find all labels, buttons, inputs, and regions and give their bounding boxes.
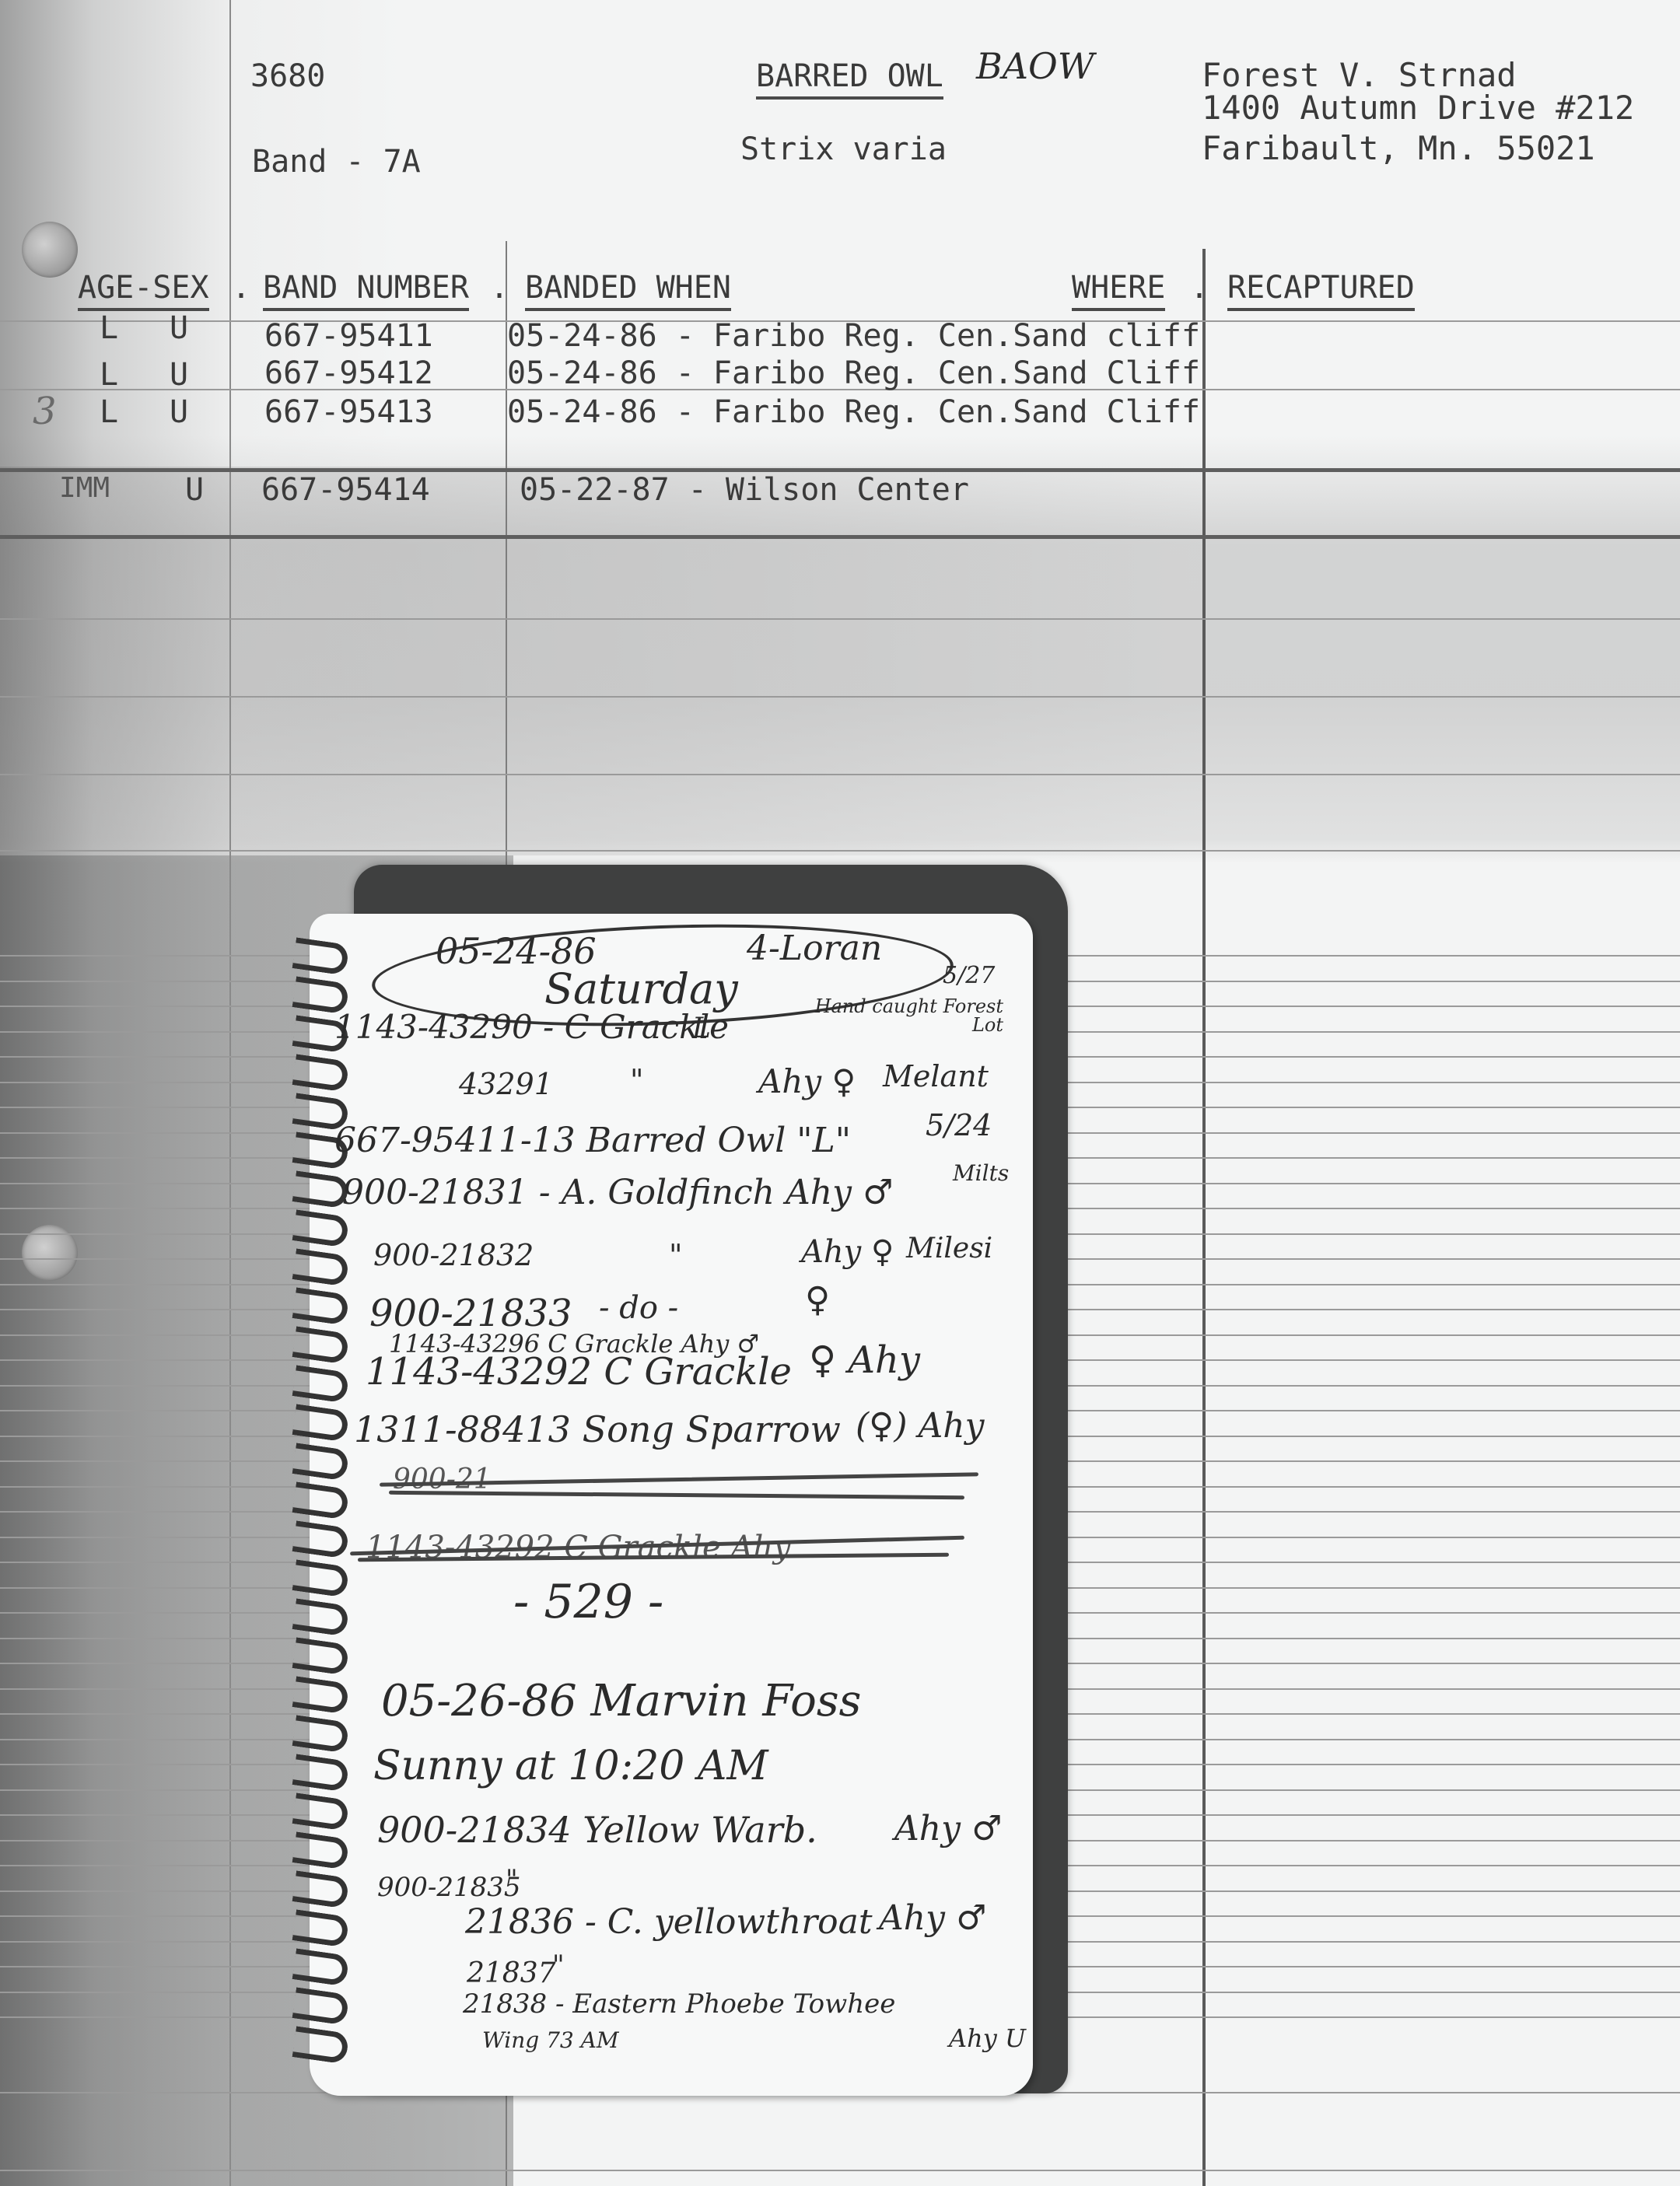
- notebook-entry: 4-Loran: [747, 932, 882, 966]
- column-divider-left-margin: [229, 0, 231, 2186]
- notebook-entry-mark: ": [669, 1240, 682, 1270]
- header-separator: .: [232, 272, 250, 303]
- notebook-entry: 900-21833: [369, 1295, 572, 1332]
- cell-age: IMM: [59, 474, 110, 502]
- notebook-entry-note: 5/24: [926, 1110, 992, 1140]
- cell-sex: U: [170, 313, 188, 344]
- notebook-entry-mark: ": [506, 1866, 518, 1893]
- margin-note: 3: [33, 393, 57, 430]
- notebook-entry: Sunny at 10:20 AM: [373, 1746, 768, 1786]
- bander-address-line1: 1400 Autumn Drive #212: [1202, 92, 1634, 124]
- notebook-entry: 1143-43290 - C Grackle: [334, 1011, 729, 1044]
- notebook-entry-mark: ": [630, 1065, 643, 1095]
- header-age-sex: AGE-SEX: [78, 272, 209, 311]
- header-band-number: BAND NUMBER: [263, 272, 469, 311]
- notebook-entry: 5/27: [943, 964, 995, 988]
- bander-name: Forest V. Strnad: [1202, 59, 1517, 92]
- notebook-entry: 43291: [459, 1069, 553, 1099]
- notebook-entry: 900-21835: [377, 1874, 521, 1901]
- cell-sex: U: [170, 359, 188, 390]
- notebook-entry: 1311-88413 Song Sparrow: [354, 1411, 841, 1447]
- header-separator: .: [490, 272, 509, 303]
- notebook-entry-age-sex: Ahy ♂: [894, 1812, 1002, 1846]
- cell-sex: U: [185, 474, 204, 505]
- notebook-entry: 900-21832: [373, 1240, 534, 1270]
- notebook-entry-age: L: [692, 1015, 711, 1043]
- notebook-entry: 900-21831 - A. Goldfinch: [342, 1176, 775, 1210]
- notebook-entry-age-sex: Ahy ♂: [786, 1176, 893, 1210]
- cell-banded-when-where: 05-24-86 - Faribo Reg. Cen.Sand Cliff: [507, 397, 1200, 428]
- header-banded-when: BANDED WHEN: [525, 272, 731, 311]
- notebook-entry-age-sex: ♀ Ahy: [809, 1341, 920, 1379]
- notebook-entry: 21836 - C. yellowthroat: [465, 1905, 873, 1939]
- notebook-entry-age-sex: Ahy ♂: [879, 1901, 986, 1936]
- notebook-entry-struck: 900-21: [393, 1466, 492, 1494]
- notebook-entry: 21837: [467, 1960, 556, 1988]
- cell-age: L: [100, 313, 118, 344]
- column-divider-recaptured: [1202, 249, 1206, 2186]
- notebook-entry-age-sex: (♀) Ahy: [856, 1409, 984, 1443]
- notebook-entry: 900-21834 Yellow Warb.: [377, 1812, 817, 1848]
- card-number: 3680: [250, 61, 325, 92]
- notebook-entry-note: Milts: [953, 1163, 1009, 1184]
- header-separator: .: [1190, 272, 1209, 303]
- notebook-entry: 21838 - Eastern Phoebe Towhee: [463, 1991, 895, 2017]
- header-recaptured: RECAPTURED: [1227, 272, 1415, 311]
- header-where: WHERE: [1072, 272, 1165, 311]
- cell-age: L: [100, 359, 118, 390]
- notebook-entry-age-sex: Ahy U: [949, 2026, 1026, 2051]
- species-scientific-name: Strix varia: [740, 134, 947, 165]
- notebook-entry: 05-26-86 Marvin Foss: [381, 1680, 861, 1723]
- notebook-page-number: - 529 -: [513, 1579, 663, 1625]
- species-common-name: BARRED OWL: [756, 61, 943, 100]
- notebook-entry-note: Milesi: [906, 1235, 992, 1263]
- cell-banded-when-where: 05-22-87 - Wilson Center: [520, 474, 969, 505]
- notebook-entry-mark: ": [552, 1952, 565, 1978]
- cell-band-number: 667-95412: [264, 358, 433, 389]
- cell-banded-when-where: 05-24-86 - Faribo Reg. Cen.Sand Cliff: [507, 358, 1200, 389]
- notebook-entry-age-sex: Ahy ♀: [801, 1236, 894, 1268]
- punch-hole-top: [22, 222, 78, 278]
- cell-band-number: 667-95414: [261, 474, 430, 505]
- cell-age: L: [100, 397, 118, 428]
- notebook-entry-note: Saturday: [544, 968, 738, 1010]
- cell-banded-when-where: 05-24-86 - Faribo Reg. Cen.Sand cliff: [507, 320, 1200, 352]
- notebook-entry-age-sex: Ahy ♀: [758, 1065, 856, 1098]
- notebook-entry-age-sex: ♀: [805, 1283, 830, 1317]
- notebook-entry: 667-95411-13 Barred Owl "L": [334, 1124, 851, 1158]
- notebook-entry-mark: - do -: [599, 1292, 678, 1324]
- notebook-entry-note: Hand caught Forest Lot: [778, 997, 1003, 1034]
- cell-sex: U: [170, 397, 188, 428]
- species-code-handwritten: BAOW: [976, 48, 1094, 84]
- notebook-entry: Wing 73 AM: [482, 2030, 619, 2051]
- cell-band-number: 667-95413: [264, 397, 433, 428]
- bander-address-line2: Faribault, Mn. 55021: [1202, 132, 1595, 165]
- photocopy-shadow-band: [0, 467, 1206, 855]
- notebook-entry-note: Melant: [883, 1062, 989, 1091]
- cell-band-number: 667-95411: [264, 320, 433, 352]
- notebook-entry: 1143-43292 C Grackle: [366, 1353, 792, 1390]
- band-size: Band - 7A: [252, 146, 421, 177]
